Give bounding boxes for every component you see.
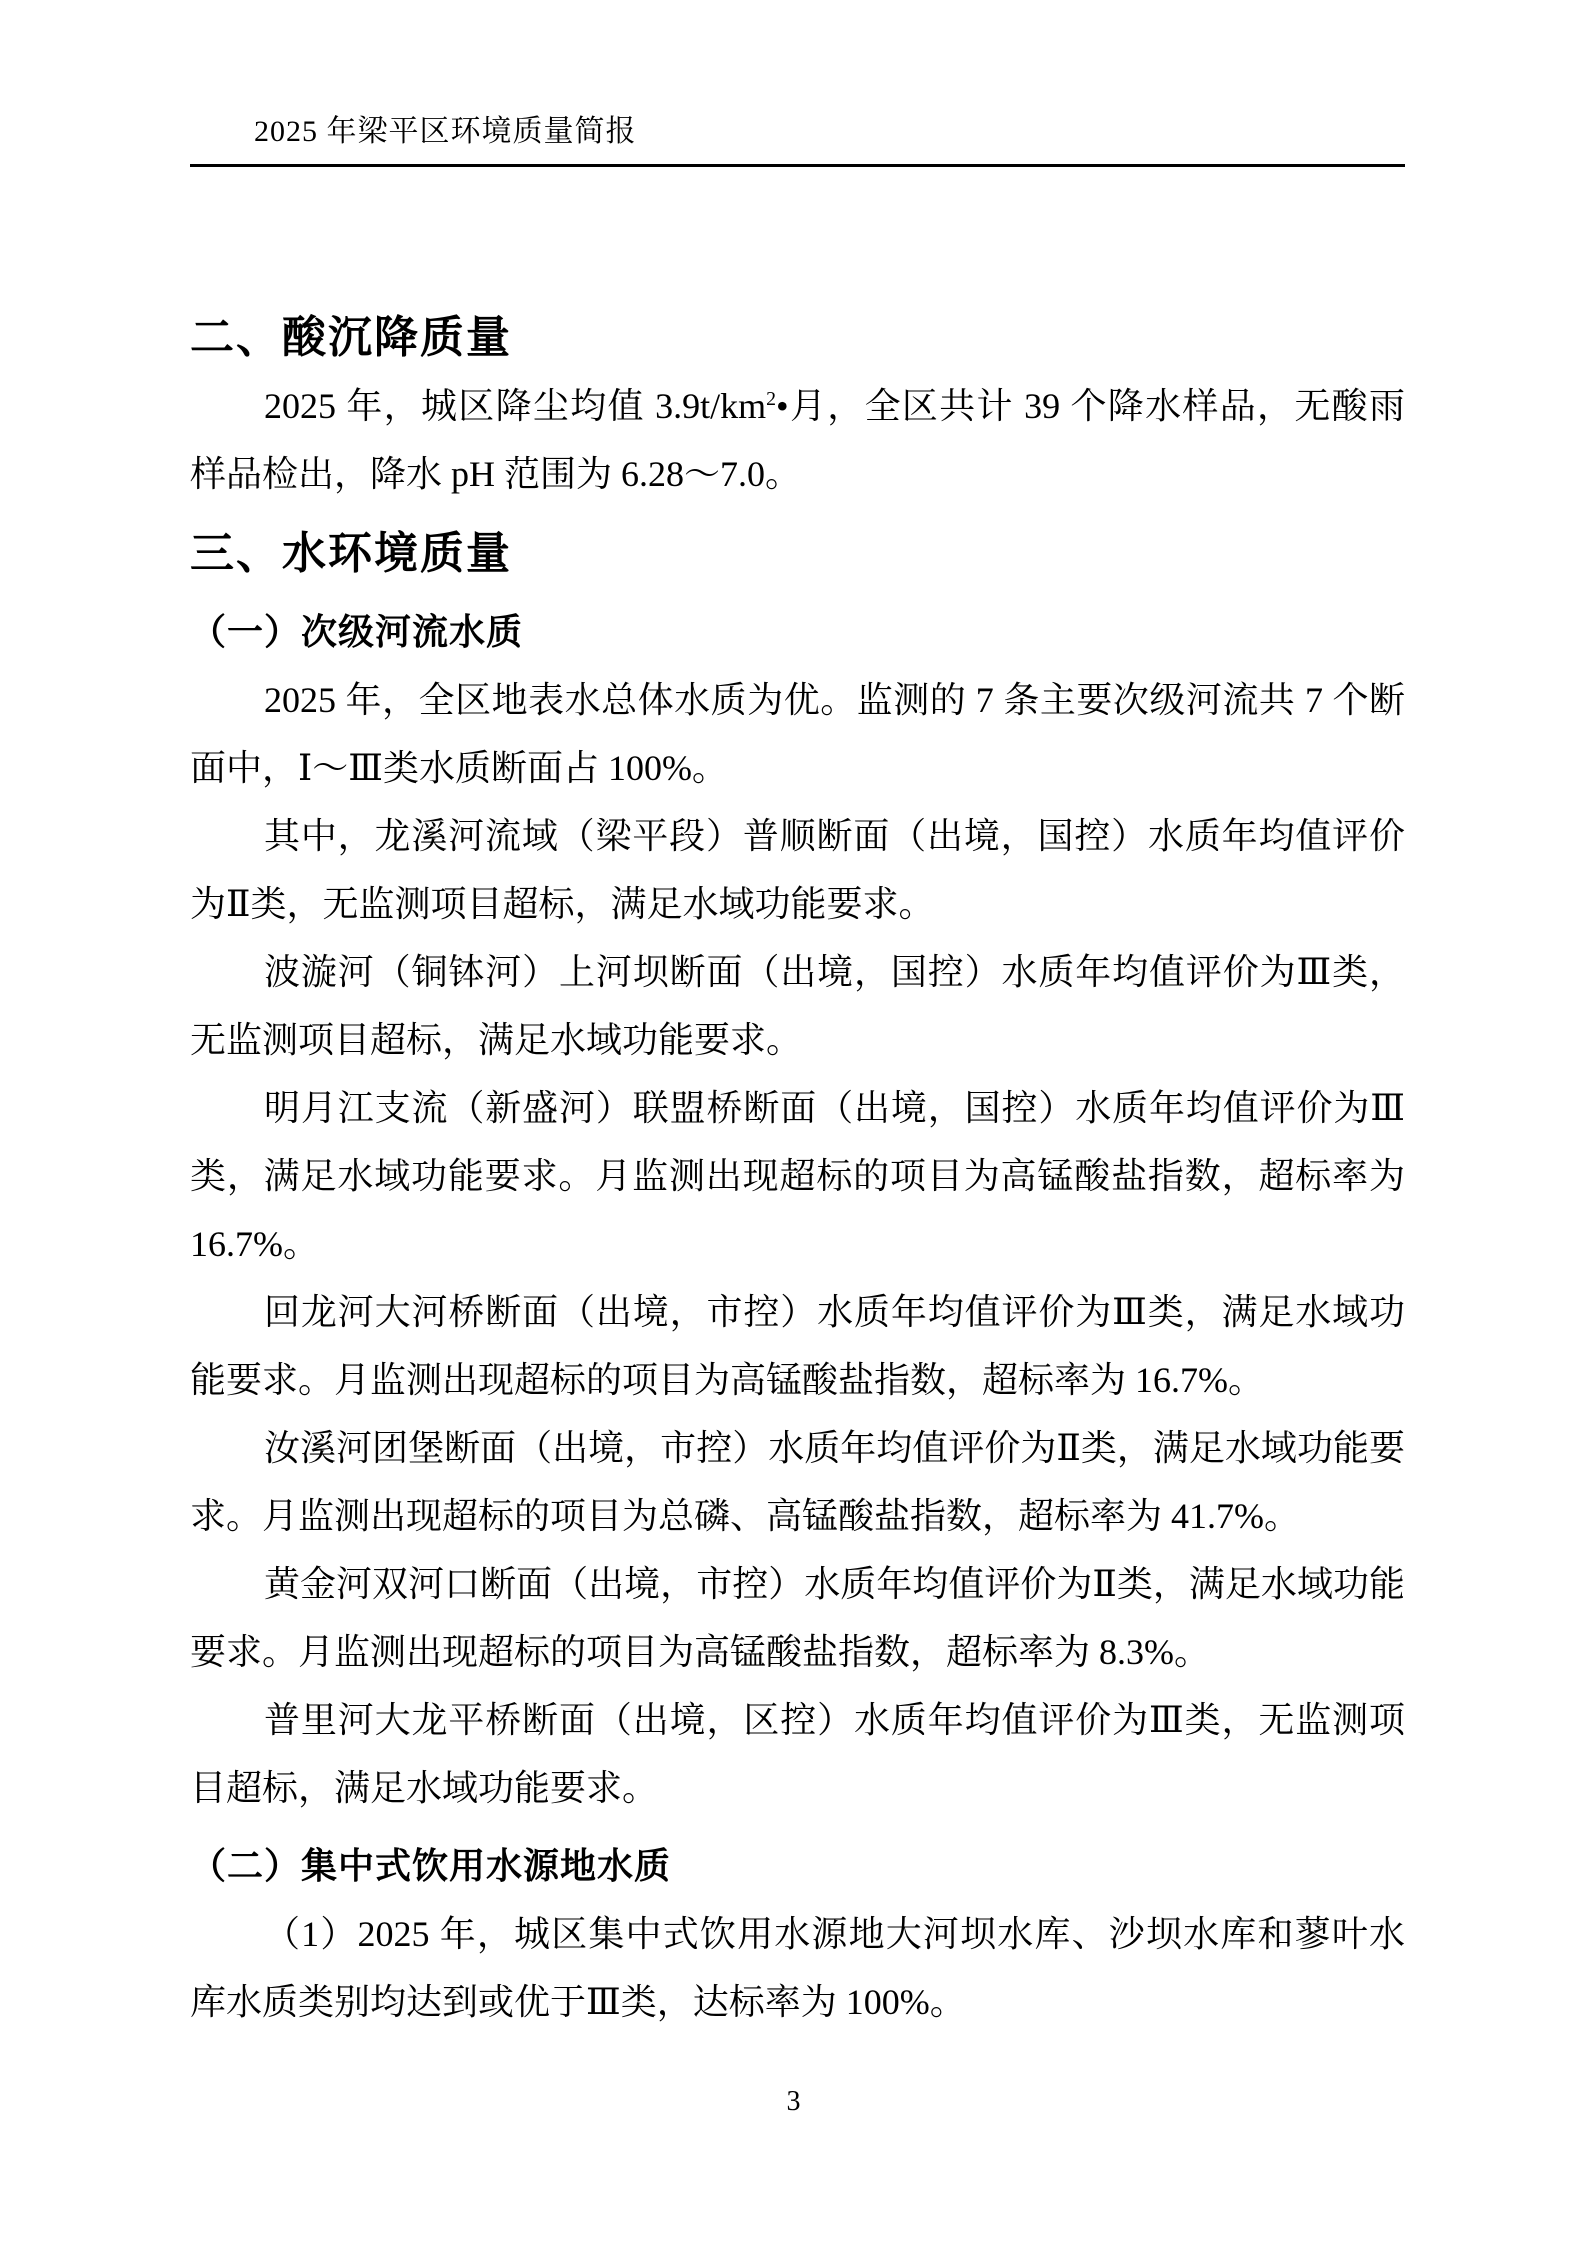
para-puli-river: 普里河大龙平桥断面（出境，区控）水质年均值评价为Ⅲ类，无监测项目超标，满足水域功…	[190, 1686, 1405, 1822]
para-acid-text-before-sup: 2025 年，城区降尘均值 3.9t/km	[264, 386, 766, 426]
para-huangjin-river: 黄金河双河口断面（出境，市控）水质年均值评价为Ⅱ类，满足水域功能要求。月监测出现…	[190, 1550, 1405, 1686]
para-mingyuejiang-tributary: 明月江支流（新盛河）联盟桥断面（出境，国控）水质年均值评价为Ⅲ类，满足水域功能要…	[190, 1074, 1405, 1278]
document-content: 二、酸沉降质量 2025 年，城区降尘均值 3.9t/km2•月，全区共计 39…	[190, 292, 1405, 2036]
section-heading-acid-deposition: 二、酸沉降质量	[190, 304, 1405, 372]
para-huilong-river: 回龙河大河桥断面（出境，市控）水质年均值评价为Ⅲ类，满足水域功能要求。月监测出现…	[190, 1278, 1405, 1414]
section-heading-water-environment: 三、水环境质量	[190, 520, 1405, 588]
page-header: 2025 年梁平区环境质量简报	[190, 112, 1405, 167]
para-acid-superscript: 2	[766, 388, 776, 410]
para-drinking-water-reservoirs: （1）2025 年，城区集中式饮用水源地大河坝水库、沙坝水库和蓼叶水库水质类别均…	[190, 1900, 1405, 2036]
para-boxuan-river: 波漩河（铜钵河）上河坝断面（出境，国控）水质年均值评价为Ⅲ类，无监测项目超标，满…	[190, 938, 1405, 1074]
para-ruxi-river: 汝溪河团堡断面（出境，市控）水质年均值评价为Ⅱ类，满足水域功能要求。月监测出现超…	[190, 1414, 1405, 1550]
para-longxi-river: 其中，龙溪河流域（梁平段）普顺断面（出境，国控）水质年均值评价为Ⅱ类，无监测项目…	[190, 802, 1405, 938]
page-number: 3	[787, 2086, 801, 2117]
para-rivers-overview: 2025 年，全区地表水总体水质为优。监测的 7 条主要次级河流共 7 个断面中…	[190, 666, 1405, 802]
document-page: 2025 年梁平区环境质量简报 二、酸沉降质量 2025 年，城区降尘均值 3.…	[0, 0, 1587, 2245]
subsection-heading-secondary-rivers: （一）次级河流水质	[190, 598, 1405, 666]
header-title: 2025 年梁平区环境质量简报	[254, 112, 1405, 152]
subsection-heading-drinking-water-sources: （二）集中式饮用水源地水质	[190, 1832, 1405, 1900]
para-acid-deposition: 2025 年，城区降尘均值 3.9t/km2•月，全区共计 39 个降水样品，无…	[190, 372, 1405, 508]
page-footer: 3	[0, 2082, 1587, 2122]
